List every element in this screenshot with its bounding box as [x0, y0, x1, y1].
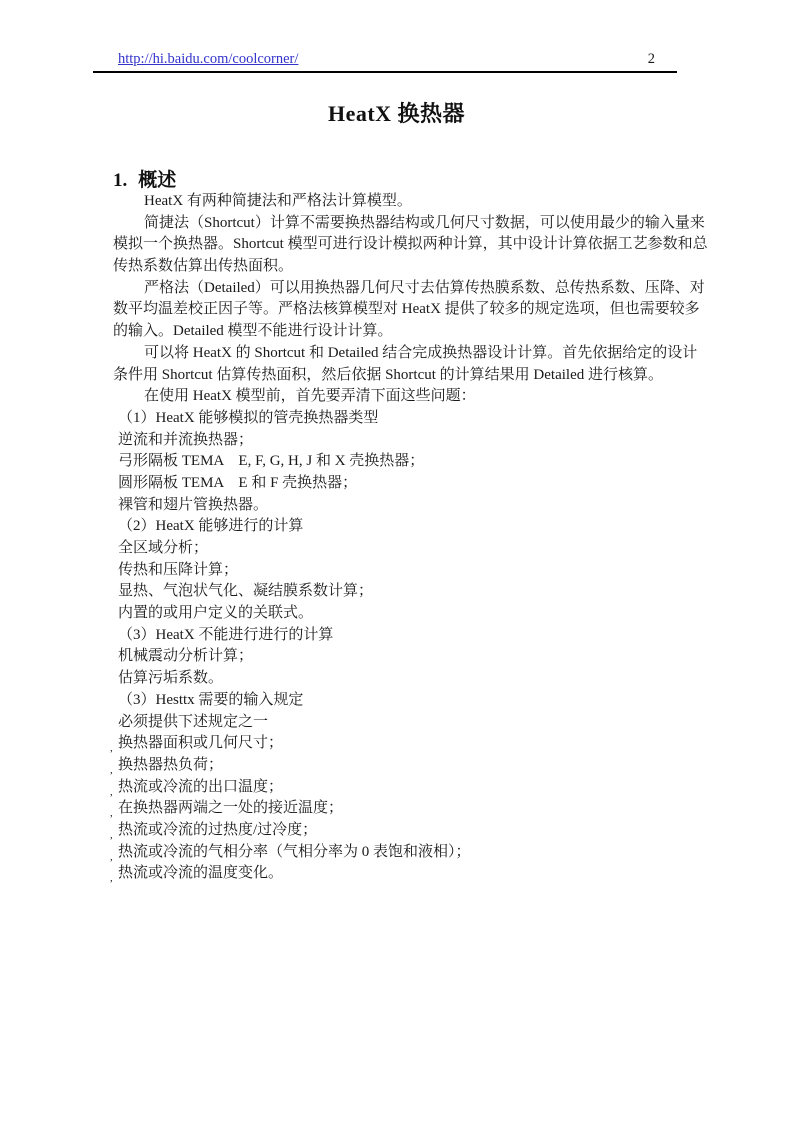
line-text: 传热系数估算出传热面积。 — [113, 258, 293, 274]
line-text: 条件用 Shortcut 估算传热面积，然后依据 Shortcut 的计算结果用… — [113, 367, 663, 383]
text-line: 裸管和翅片管换热器。 — [113, 495, 713, 517]
line-text: 在使用 HeatX 模型前，首先要弄清下面这些问题： — [144, 388, 476, 404]
line-text: （3）HeatX 不能进行进行的计算 — [118, 627, 333, 643]
text-line: （3）HeatX 不能进行进行的计算 — [113, 625, 713, 647]
bullet-marker-icon: , — [110, 760, 118, 782]
page-header: http://hi.baidu.com/coolcorner/ 2 — [93, 50, 677, 73]
text-line: 全区域分析； — [113, 538, 713, 560]
line-text: 热流或冷流的过热度/过冷度； — [118, 822, 317, 838]
text-line: ,热流或冷流的温度变化。 — [110, 863, 713, 885]
document-body: HeatX 有两种简捷法和严格法计算模型。简捷法（Shortcut）计算不需要换… — [113, 191, 713, 885]
line-text: HeatX 有两种简捷法和严格法计算模型。 — [144, 193, 412, 209]
document-page: http://hi.baidu.com/coolcorner/ 2 HeatX … — [0, 0, 793, 1122]
text-line: 严格法（Detailed）可以用换热器几何尺寸去估算传热膜系数、总传热系数、压降… — [113, 278, 713, 300]
line-text: （1）HeatX 能够模拟的管壳换热器类型 — [118, 410, 378, 426]
text-line: 模拟一个换热器。Shortcut 模型可进行设计模拟两种计算，其中设计计算依据工… — [113, 234, 713, 256]
text-line: 必须提供下述规定之一 — [113, 712, 713, 734]
text-line: 的输入。Detailed 模型不能进行设计计算。 — [113, 321, 713, 343]
section-number: 1. — [113, 170, 127, 192]
bullet-marker-icon: , — [110, 868, 118, 890]
line-text: 裸管和翅片管换热器。 — [118, 497, 268, 513]
document-title: HeatX 换热器 — [0, 97, 793, 128]
line-text: 可以将 HeatX 的 Shortcut 和 Detailed 结合完成换热器设… — [144, 345, 697, 361]
text-line: （3）Hesttx 需要的输入规定 — [113, 690, 713, 712]
line-text: 换热器面积或几何尺寸； — [118, 735, 283, 751]
line-text: 必须提供下述规定之一 — [118, 714, 268, 730]
line-text: 严格法（Detailed）可以用换热器几何尺寸去估算传热膜系数、总传热系数、压降… — [144, 280, 705, 296]
text-line: 传热系数估算出传热面积。 — [113, 256, 713, 278]
line-text: 弓形隔板 TEMA E, F, G, H, J 和 X 壳换热器； — [118, 453, 424, 469]
text-line: ,热流或冷流的过热度/过冷度； — [110, 820, 713, 842]
text-line: 显热、气泡状气化、凝结膜系数计算； — [113, 581, 713, 603]
text-line: 估算污垢系数。 — [113, 668, 713, 690]
line-text: 换热器热负荷； — [118, 757, 223, 773]
bullet-marker-icon: , — [110, 782, 118, 804]
line-text: 全区域分析； — [118, 540, 208, 556]
bullet-marker-icon: , — [110, 847, 118, 869]
text-line: 数平均温差校正因子等。严格法核算模型对 HeatX 提供了较多的规定选项，但也需… — [113, 299, 713, 321]
line-text: 显热、气泡状气化、凝结膜系数计算； — [118, 583, 373, 599]
text-line: ,换热器面积或几何尺寸； — [110, 733, 713, 755]
line-text: 逆流和并流换热器； — [118, 432, 253, 448]
line-text: 模拟一个换热器。Shortcut 模型可进行设计模拟两种计算，其中设计计算依据工… — [113, 236, 708, 252]
header-url-link[interactable]: http://hi.baidu.com/coolcorner/ — [118, 51, 308, 68]
line-text: 传热和压降计算； — [118, 562, 238, 578]
page-number: 2 — [648, 51, 655, 68]
line-text: 机械震动分析计算； — [118, 648, 253, 664]
text-line: ,换热器热负荷； — [110, 755, 713, 777]
text-line: 机械震动分析计算； — [113, 646, 713, 668]
line-text: （2）HeatX 能够进行的计算 — [118, 518, 303, 534]
section-heading: 1.概述 — [113, 165, 176, 192]
text-line: ,热流或冷流的气相分率（气相分率为 0 表饱和液相）； — [110, 842, 713, 864]
bullet-marker-icon: , — [110, 803, 118, 825]
line-text: 数平均温差校正因子等。严格法核算模型对 HeatX 提供了较多的规定选项，但也需… — [113, 301, 700, 317]
text-line: （2）HeatX 能够进行的计算 — [113, 516, 713, 538]
text-line: 在使用 HeatX 模型前，首先要弄清下面这些问题： — [113, 386, 713, 408]
line-text: 圆形隔板 TEMA E 和 F 壳换热器； — [118, 475, 357, 491]
text-line: 内置的或用户定义的关联式。 — [113, 603, 713, 625]
line-text: 在换热器两端之一处的接近温度； — [118, 800, 343, 816]
text-line: （1）HeatX 能够模拟的管壳换热器类型 — [113, 408, 713, 430]
line-text: （3）Hesttx 需要的输入规定 — [118, 692, 303, 708]
line-text: 热流或冷流的温度变化。 — [118, 865, 283, 881]
text-line: ,热流或冷流的出口温度； — [110, 777, 713, 799]
bullet-marker-icon: , — [110, 738, 118, 760]
bullet-marker-icon: , — [110, 825, 118, 847]
line-text: 估算污垢系数。 — [118, 670, 223, 686]
text-line: 逆流和并流换热器； — [113, 430, 713, 452]
line-text: 内置的或用户定义的关联式。 — [118, 605, 313, 621]
text-line: HeatX 有两种简捷法和严格法计算模型。 — [113, 191, 713, 213]
text-line: 可以将 HeatX 的 Shortcut 和 Detailed 结合完成换热器设… — [113, 343, 713, 365]
section-title: 概述 — [138, 170, 176, 191]
line-text: 热流或冷流的出口温度； — [118, 779, 283, 795]
text-line: 传热和压降计算； — [113, 560, 713, 582]
text-line: 简捷法（Shortcut）计算不需要换热器结构或几何尺寸数据，可以使用最少的输入… — [113, 213, 713, 235]
text-line: ,在换热器两端之一处的接近温度； — [110, 798, 713, 820]
text-line: 弓形隔板 TEMA E, F, G, H, J 和 X 壳换热器； — [113, 451, 713, 473]
line-text: 简捷法（Shortcut）计算不需要换热器结构或几何尺寸数据，可以使用最少的输入… — [144, 215, 705, 231]
text-line: 条件用 Shortcut 估算传热面积，然后依据 Shortcut 的计算结果用… — [113, 365, 713, 387]
line-text: 的输入。Detailed 模型不能进行设计计算。 — [113, 323, 393, 339]
line-text: 热流或冷流的气相分率（气相分率为 0 表饱和液相）； — [118, 844, 471, 860]
text-line: 圆形隔板 TEMA E 和 F 壳换热器； — [113, 473, 713, 495]
